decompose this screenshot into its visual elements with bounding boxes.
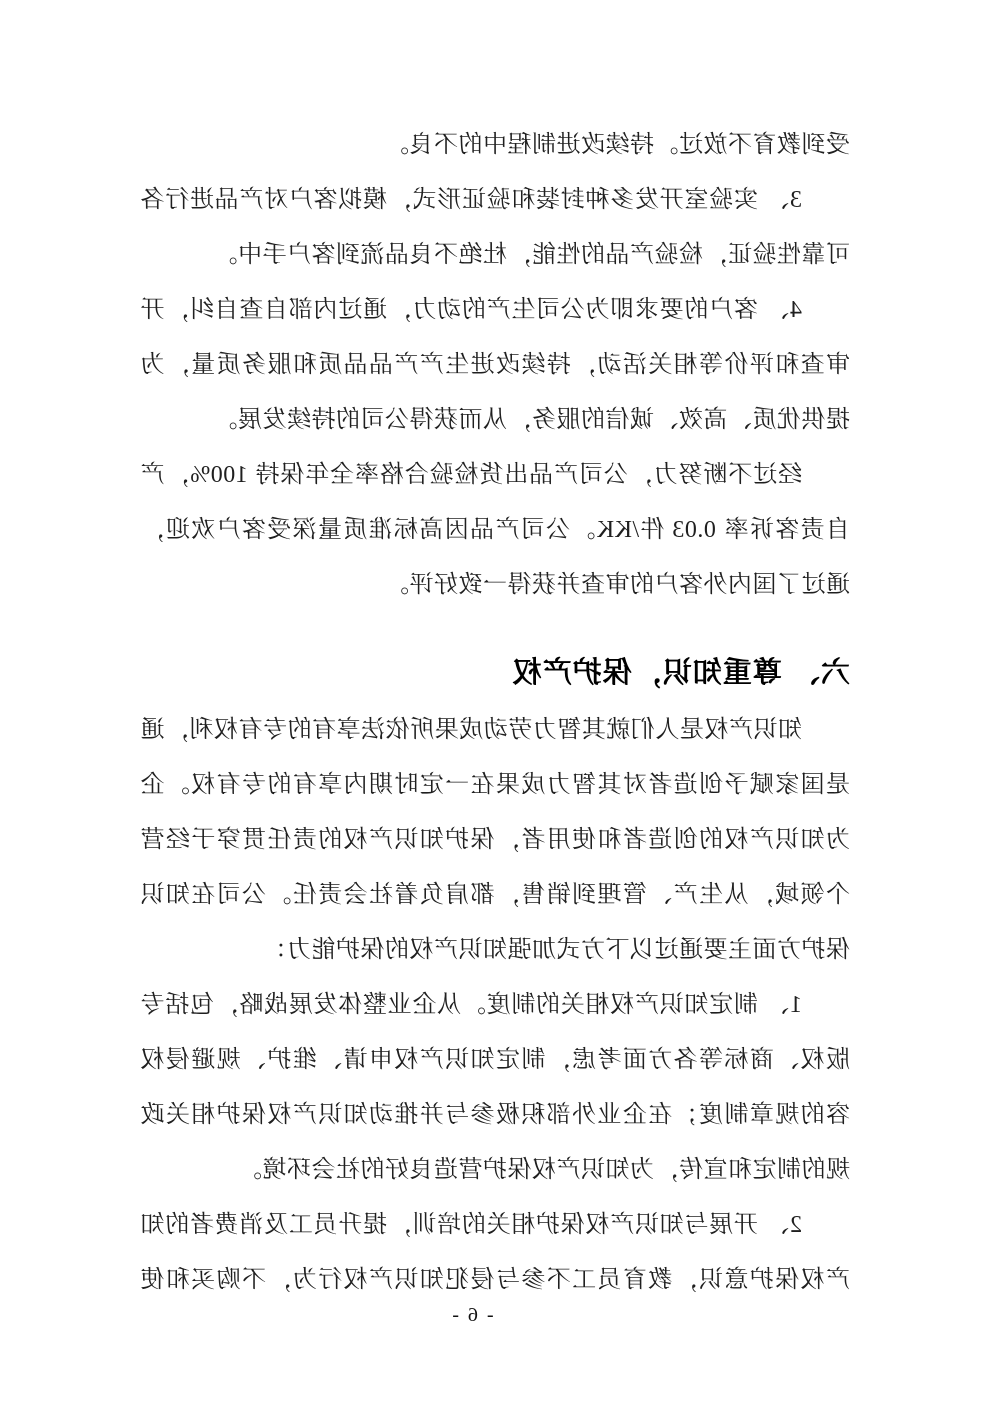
mirrored-content: 受到教育不放过。持续改进制程中的不良。 3、 实验室开发多种封装和验证形式，模拟…	[0, 0, 992, 1403]
text-line: 规的制定和宣传，为知识产权保护营造良好的社会环境。	[140, 1143, 850, 1198]
text-line: 保护方面主要通过以下方式加强知识产权的保护能力：	[140, 923, 850, 978]
text-column: 受到教育不放过。持续改进制程中的不良。 3、 实验室开发多种封装和验证形式，模拟…	[140, 118, 850, 1308]
text-line: 知识产权是人们就其智力劳动成果所依法享有的专有权利，通常	[140, 703, 850, 758]
text-line: 容的规章制度；在企业外部积极参与并推动知识产权保护相关政策法	[140, 1088, 850, 1143]
section-heading: 六、 尊重知识，保护产权	[140, 643, 850, 703]
text-line: 个领域，从生产、管理到销售，都肩负着社会责任。公司在知识产权	[140, 868, 850, 923]
text-line: 4、 客户的要求即为公司生产的动力，通过内部自查自纠，开展	[140, 283, 850, 338]
text-line: 通过了国内外客户的审查并获得一致好评。	[140, 558, 850, 613]
document-page: 受到教育不放过。持续改进制程中的不良。 3、 实验室开发多种封装和验证形式，模拟…	[0, 0, 992, 1403]
page-number: - 6 -	[0, 1300, 992, 1330]
text-line: 经过不断努力，公司产品出货检验合格率全年保持 100%，产品	[140, 448, 850, 503]
text-line: 自责客诉率 0.03 件/KK。公司产品因高标准质量深受客户欢迎，先后	[140, 503, 850, 558]
text-line: 审查和评价等相关活动，持续改进生产产品品质和服务质量，为客户	[140, 338, 850, 393]
text-line: 3、 实验室开发多种封装和验证形式，模拟客户对产品进行各种	[140, 173, 850, 228]
text-line: 可靠性验证，检验产品的性能，杜绝不良品流到客户手中。	[140, 228, 850, 283]
text-line: 是国家赋予创造者对其智力成果在一定时期内享有的专有权。企业作	[140, 758, 850, 813]
text-line: 版权、商标等各方面考虑，制定知识产权申请、维护、规避侵权等内	[140, 1033, 850, 1088]
text-line: 2、 开展与知识产权保护相关的培训，提升员工及消费者的知识	[140, 1198, 850, 1253]
text-line: 1、 制定知识产权相关的制度。从企业整体发展战略，包括专利、	[140, 978, 850, 1033]
text-line: 为知识产权的创造者和使用者，保护知识产权的责任贯穿于经营的各	[140, 813, 850, 868]
text-line: 提供优质、高效、诚信的服务，从而获得公司的持续发展。	[140, 393, 850, 448]
text-line: 受到教育不放过。持续改进制程中的不良。	[140, 118, 850, 173]
